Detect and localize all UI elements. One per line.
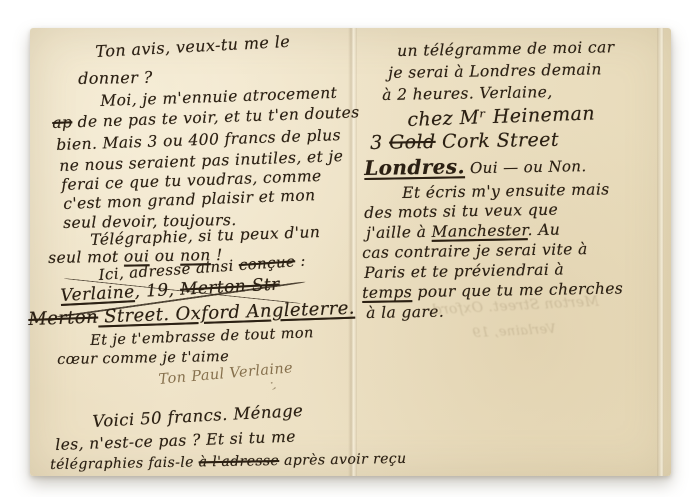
- line-text: Oui — ou Non.: [465, 157, 587, 177]
- letter-page-left: Ton avis, veux-tu me le donner ? Moi, je…: [30, 28, 350, 476]
- handwritten-line: cœur comme je t'aime: [57, 349, 229, 368]
- underlined-word: temps: [362, 283, 412, 302]
- crossed-out-word: Merton: [28, 307, 98, 330]
- crossed-out-word: à l'adresse: [199, 453, 280, 470]
- handwritten-line: Paris et te préviendrai à: [364, 261, 564, 282]
- crossed-out-word: Gold: [389, 131, 436, 154]
- ink-bleed-through: Verlaine, 19: [472, 322, 557, 341]
- address-line: chez Mʳ Heineman: [407, 102, 595, 131]
- handwritten-line: Et écris m'y ensuite mais: [402, 180, 610, 202]
- line-text: télégraphies fais-le: [50, 454, 199, 473]
- handwritten-line: j'aille à Manchester. Au: [366, 221, 560, 242]
- address-line: Londres. Oui — ou Non.: [364, 152, 587, 180]
- crossed-out-word: ap: [52, 113, 73, 132]
- handwritten-line: Ton avis, veux-tu me le: [95, 32, 291, 61]
- line-text: :: [295, 252, 307, 271]
- handwritten-line: donner ?: [78, 68, 153, 88]
- handwritten-line: cas contraire je serai vite à: [362, 240, 588, 262]
- underlined-word: Londres.: [364, 154, 465, 180]
- line-text: . Au: [527, 221, 560, 240]
- address-line: 3 Gold Cork Street: [370, 129, 559, 154]
- postscript-line: Voici 50 francs. Ménage: [92, 401, 304, 431]
- letter-page-right: un télégramme de moi car je serai à Lond…: [352, 28, 671, 476]
- crossed-out-word: conçue: [238, 252, 296, 274]
- letter-sheet: Ton avis, veux-tu me le donner ? Moi, je…: [30, 28, 671, 476]
- handwritten-line: Et je t'embrasse de tout mon: [90, 325, 314, 349]
- handwritten-line: un télégramme de moi car: [397, 38, 615, 60]
- underlined-text: Street. Oxford Angleterre.: [98, 298, 355, 328]
- line-text: Cork Street: [435, 129, 559, 153]
- postscript-line: les, n'est-ce pas ? Et si tu me: [55, 428, 296, 454]
- underlined-word: Manchester: [431, 221, 527, 241]
- line-text: 3: [370, 132, 389, 154]
- handwritten-line: je serai à Londres demain: [388, 60, 602, 82]
- handwritten-line: des mots si tu veux que: [364, 201, 558, 222]
- handwritten-line: à 2 heures. Verlaine,: [382, 83, 553, 104]
- pencil-mark: ·,: [267, 376, 281, 393]
- letter-photograph: Ton avis, veux-tu me le donner ? Moi, je…: [0, 0, 700, 497]
- line-text: j'aille à: [366, 223, 432, 242]
- underlined-word: Verlaine: [60, 282, 135, 306]
